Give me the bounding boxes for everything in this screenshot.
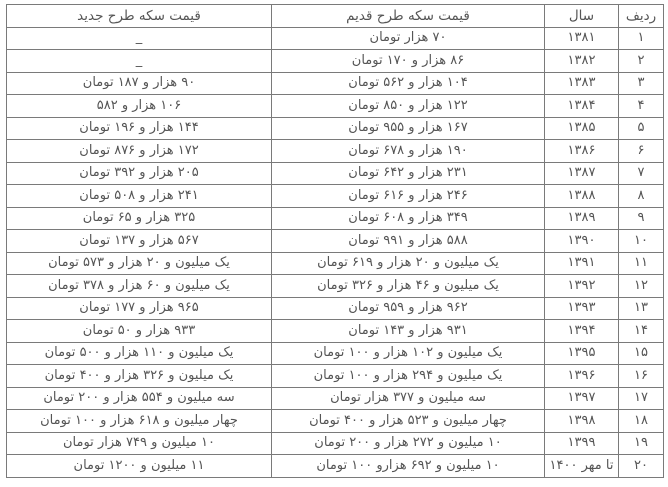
new-design-price-cell: ۳۲۵ هزار و ۶۵ تومان xyxy=(7,207,272,230)
new-design-price-cell: ۱۴۴ هزار و ۱۹۶ تومان xyxy=(7,117,272,140)
table-row: ۷۱۳۸۷۲۳۱ هزار و ۶۴۲ تومان۲۰۵ هزار و ۳۹۲ … xyxy=(7,162,664,185)
year-cell: ۱۳۹۹ xyxy=(545,432,619,455)
new-design-price-cell: یک میلیون و ۱۱۰ هزار و ۵۰۰ تومان xyxy=(7,342,272,365)
year-cell: ۱۳۸۴ xyxy=(545,95,619,118)
header-row-number: ردیف xyxy=(619,5,664,28)
row-number-cell: ۱۷ xyxy=(619,387,664,410)
old-design-price-cell: ۲۴۶ هزار و ۶۱۶ تومان xyxy=(272,185,545,208)
table-row: ۵۱۳۸۵۱۶۷ هزار و ۹۵۵ تومان۱۴۴ هزار و ۱۹۶ … xyxy=(7,117,664,140)
table-row: ۶۱۳۸۶۱۹۰ هزار و ۶۷۸ تومان۱۷۲ هزار و ۸۷۶ … xyxy=(7,140,664,163)
year-cell: ۱۳۹۴ xyxy=(545,320,619,343)
table-row: ۱۲۱۳۹۲یک میلیون و ۴۶ هزار و ۳۲۶ تومانیک … xyxy=(7,275,664,298)
table-row: ۱۶۱۳۹۶یک میلیون و ۲۹۴ هزار و ۱۰۰ تومانیک… xyxy=(7,365,664,388)
year-cell: ۱۳۸۲ xyxy=(545,50,619,73)
row-number-cell: ۱۱ xyxy=(619,252,664,275)
new-design-price-cell: ۹۶۵ هزار و ۱۷۷ تومان xyxy=(7,297,272,320)
row-number-cell: ۶ xyxy=(619,140,664,163)
new-design-price-cell: ۲۰۵ هزار و ۳۹۲ تومان xyxy=(7,162,272,185)
new-design-price-cell: _ xyxy=(7,27,272,50)
old-design-price-cell: سه میلیون و ۳۷۷ هزار تومان xyxy=(272,387,545,410)
row-number-cell: ۳ xyxy=(619,72,664,95)
new-design-price-cell: یک میلیون و ۶۰ هزار و ۳۷۸ تومان xyxy=(7,275,272,298)
year-cell: ۱۳۹۸ xyxy=(545,410,619,433)
old-design-price-cell: ۳۴۹ هزار و ۶۰۸ تومان xyxy=(272,207,545,230)
year-cell: ۱۳۹۱ xyxy=(545,252,619,275)
table-row: ۹۱۳۸۹۳۴۹ هزار و ۶۰۸ تومان۳۲۵ هزار و ۶۵ ت… xyxy=(7,207,664,230)
year-cell: ۱۳۹۲ xyxy=(545,275,619,298)
new-design-price-cell: یک میلیون و ۳۲۶ هزار و ۴۰۰ تومان xyxy=(7,365,272,388)
new-design-price-cell: ۹۰ هزار و ۱۸۷ تومان xyxy=(7,72,272,95)
old-design-price-cell: ۵۸۸ هزار و ۹۹۱ تومان xyxy=(272,230,545,253)
new-design-price-cell: یک میلیون و ۲۰ هزار و ۵۷۳ تومان xyxy=(7,252,272,275)
old-design-price-cell: ۲۳۱ هزار و ۶۴۲ تومان xyxy=(272,162,545,185)
table-row: ۱۴۱۳۹۴۹۳۱ هزار و ۱۴۳ تومان۹۳۳ هزار و ۵۰ … xyxy=(7,320,664,343)
new-design-price-cell: ۱۷۲ هزار و ۸۷۶ تومان xyxy=(7,140,272,163)
row-number-cell: ۴ xyxy=(619,95,664,118)
old-design-price-cell: ۹۶۲ هزار و ۹۵۹ تومان xyxy=(272,297,545,320)
row-number-cell: ۷ xyxy=(619,162,664,185)
old-design-price-cell: چهار میلیون و ۵۲۳ هزار و ۴۰۰ تومان xyxy=(272,410,545,433)
table-row: ۲۱۳۸۲۸۶ هزار و ۱۷۰ تومان_ xyxy=(7,50,664,73)
table-row: ۲۰تا مهر ۱۴۰۰۱۰ میلیون و ۶۹۲ هزارو ۱۰۰ ت… xyxy=(7,455,664,478)
row-number-cell: ۱۰ xyxy=(619,230,664,253)
new-design-price-cell: ۱۰ میلیون و ۷۴۹ هزار تومان xyxy=(7,432,272,455)
row-number-cell: ۱ xyxy=(619,27,664,50)
old-design-price-cell: ۱۲۲ هزار و ۸۵۰ تومان xyxy=(272,95,545,118)
table-row: ۱۵۱۳۹۵یک میلیون و ۱۰۲ هزار و ۱۰۰ تومانیک… xyxy=(7,342,664,365)
row-number-cell: ۱۳ xyxy=(619,297,664,320)
row-number-cell: ۵ xyxy=(619,117,664,140)
year-cell: ۱۳۹۰ xyxy=(545,230,619,253)
old-design-price-cell: ۱۰ میلیون و ۲۷۲ هزار و ۲۰۰ تومان xyxy=(272,432,545,455)
row-number-cell: ۹ xyxy=(619,207,664,230)
year-cell: ۱۳۸۳ xyxy=(545,72,619,95)
new-design-price-cell: ۱۱ میلیون و ۱۲۰۰ تومان xyxy=(7,455,272,478)
old-design-price-cell: ۱۶۷ هزار و ۹۵۵ تومان xyxy=(272,117,545,140)
old-design-price-cell: یک میلیون و ۲۹۴ هزار و ۱۰۰ تومان xyxy=(272,365,545,388)
table-row: ۱۹۱۳۹۹۱۰ میلیون و ۲۷۲ هزار و ۲۰۰ تومان۱۰… xyxy=(7,432,664,455)
year-cell: ۱۳۹۷ xyxy=(545,387,619,410)
year-cell: ۱۳۸۹ xyxy=(545,207,619,230)
old-design-price-cell: یک میلیون و ۴۶ هزار و ۳۲۶ تومان xyxy=(272,275,545,298)
table-row: ۱۸۱۳۹۸چهار میلیون و ۵۲۳ هزار و ۴۰۰ تومان… xyxy=(7,410,664,433)
new-design-price-cell: چهار میلیون و ۶۱۸ هزار و ۱۰۰ تومان xyxy=(7,410,272,433)
row-number-cell: ۱۵ xyxy=(619,342,664,365)
table-row: ۱۱۱۳۹۱یک میلیون و ۲۰ هزار و ۶۱۹ تومانیک … xyxy=(7,252,664,275)
new-design-price-cell: _ xyxy=(7,50,272,73)
year-cell: ۱۳۹۵ xyxy=(545,342,619,365)
year-cell: ۱۳۸۱ xyxy=(545,27,619,50)
row-number-cell: ۱۸ xyxy=(619,410,664,433)
table-row: ۱۱۳۸۱۷۰ هزار تومان_ xyxy=(7,27,664,50)
old-design-price-cell: یک میلیون و ۲۰ هزار و ۶۱۹ تومان xyxy=(272,252,545,275)
header-row: ردیف سال قیمت سکه طرح قدیم قیمت سکه طرح … xyxy=(7,5,664,28)
old-design-price-cell: ۹۳۱ هزار و ۱۴۳ تومان xyxy=(272,320,545,343)
old-design-price-cell: ۱۰ میلیون و ۶۹۲ هزارو ۱۰۰ تومان xyxy=(272,455,545,478)
table-row: ۱۳۱۳۹۳۹۶۲ هزار و ۹۵۹ تومان۹۶۵ هزار و ۱۷۷… xyxy=(7,297,664,320)
new-design-price-cell: سه میلیون و ۵۵۴ هزار و ۲۰۰ تومان xyxy=(7,387,272,410)
year-cell: ۱۳۸۶ xyxy=(545,140,619,163)
row-number-cell: ۲۰ xyxy=(619,455,664,478)
row-number-cell: ۱۴ xyxy=(619,320,664,343)
year-cell: ۱۳۸۵ xyxy=(545,117,619,140)
row-number-cell: ۱۲ xyxy=(619,275,664,298)
old-design-price-cell: ۷۰ هزار تومان xyxy=(272,27,545,50)
header-old-design-price: قیمت سکه طرح قدیم xyxy=(272,5,545,28)
new-design-price-cell: ۱۰۶ هزار و ۵۸۲ xyxy=(7,95,272,118)
old-design-price-cell: ۱۹۰ هزار و ۶۷۸ تومان xyxy=(272,140,545,163)
old-design-price-cell: ۸۶ هزار و ۱۷۰ تومان xyxy=(272,50,545,73)
old-design-price-cell: یک میلیون و ۱۰۲ هزار و ۱۰۰ تومان xyxy=(272,342,545,365)
year-cell: ۱۳۹۶ xyxy=(545,365,619,388)
row-number-cell: ۱۶ xyxy=(619,365,664,388)
year-cell: ۱۳۹۳ xyxy=(545,297,619,320)
row-number-cell: ۲ xyxy=(619,50,664,73)
table-row: ۱۰۱۳۹۰۵۸۸ هزار و ۹۹۱ تومان۵۶۷ هزار و ۱۳۷… xyxy=(7,230,664,253)
table-row: ۸۱۳۸۸۲۴۶ هزار و ۶۱۶ تومان۲۴۱ هزار و ۵۰۸ … xyxy=(7,185,664,208)
row-number-cell: ۱۹ xyxy=(619,432,664,455)
table-row: ۱۷۱۳۹۷سه میلیون و ۳۷۷ هزار تومانسه میلیو… xyxy=(7,387,664,410)
new-design-price-cell: ۵۶۷ هزار و ۱۳۷ تومان xyxy=(7,230,272,253)
new-design-price-cell: ۹۳۳ هزار و ۵۰ تومان xyxy=(7,320,272,343)
table-row: ۳۱۳۸۳۱۰۴ هزار و ۵۶۲ تومان۹۰ هزار و ۱۸۷ ت… xyxy=(7,72,664,95)
year-cell: ۱۳۸۸ xyxy=(545,185,619,208)
coin-price-table: ردیف سال قیمت سکه طرح قدیم قیمت سکه طرح … xyxy=(6,4,664,478)
table-row: ۴۱۳۸۴۱۲۲ هزار و ۸۵۰ تومان۱۰۶ هزار و ۵۸۲ xyxy=(7,95,664,118)
row-number-cell: ۸ xyxy=(619,185,664,208)
header-new-design-price: قیمت سکه طرح جدید xyxy=(7,5,272,28)
year-cell: تا مهر ۱۴۰۰ xyxy=(545,455,619,478)
year-cell: ۱۳۸۷ xyxy=(545,162,619,185)
old-design-price-cell: ۱۰۴ هزار و ۵۶۲ تومان xyxy=(272,72,545,95)
header-year: سال xyxy=(545,5,619,28)
new-design-price-cell: ۲۴۱ هزار و ۵۰۸ تومان xyxy=(7,185,272,208)
